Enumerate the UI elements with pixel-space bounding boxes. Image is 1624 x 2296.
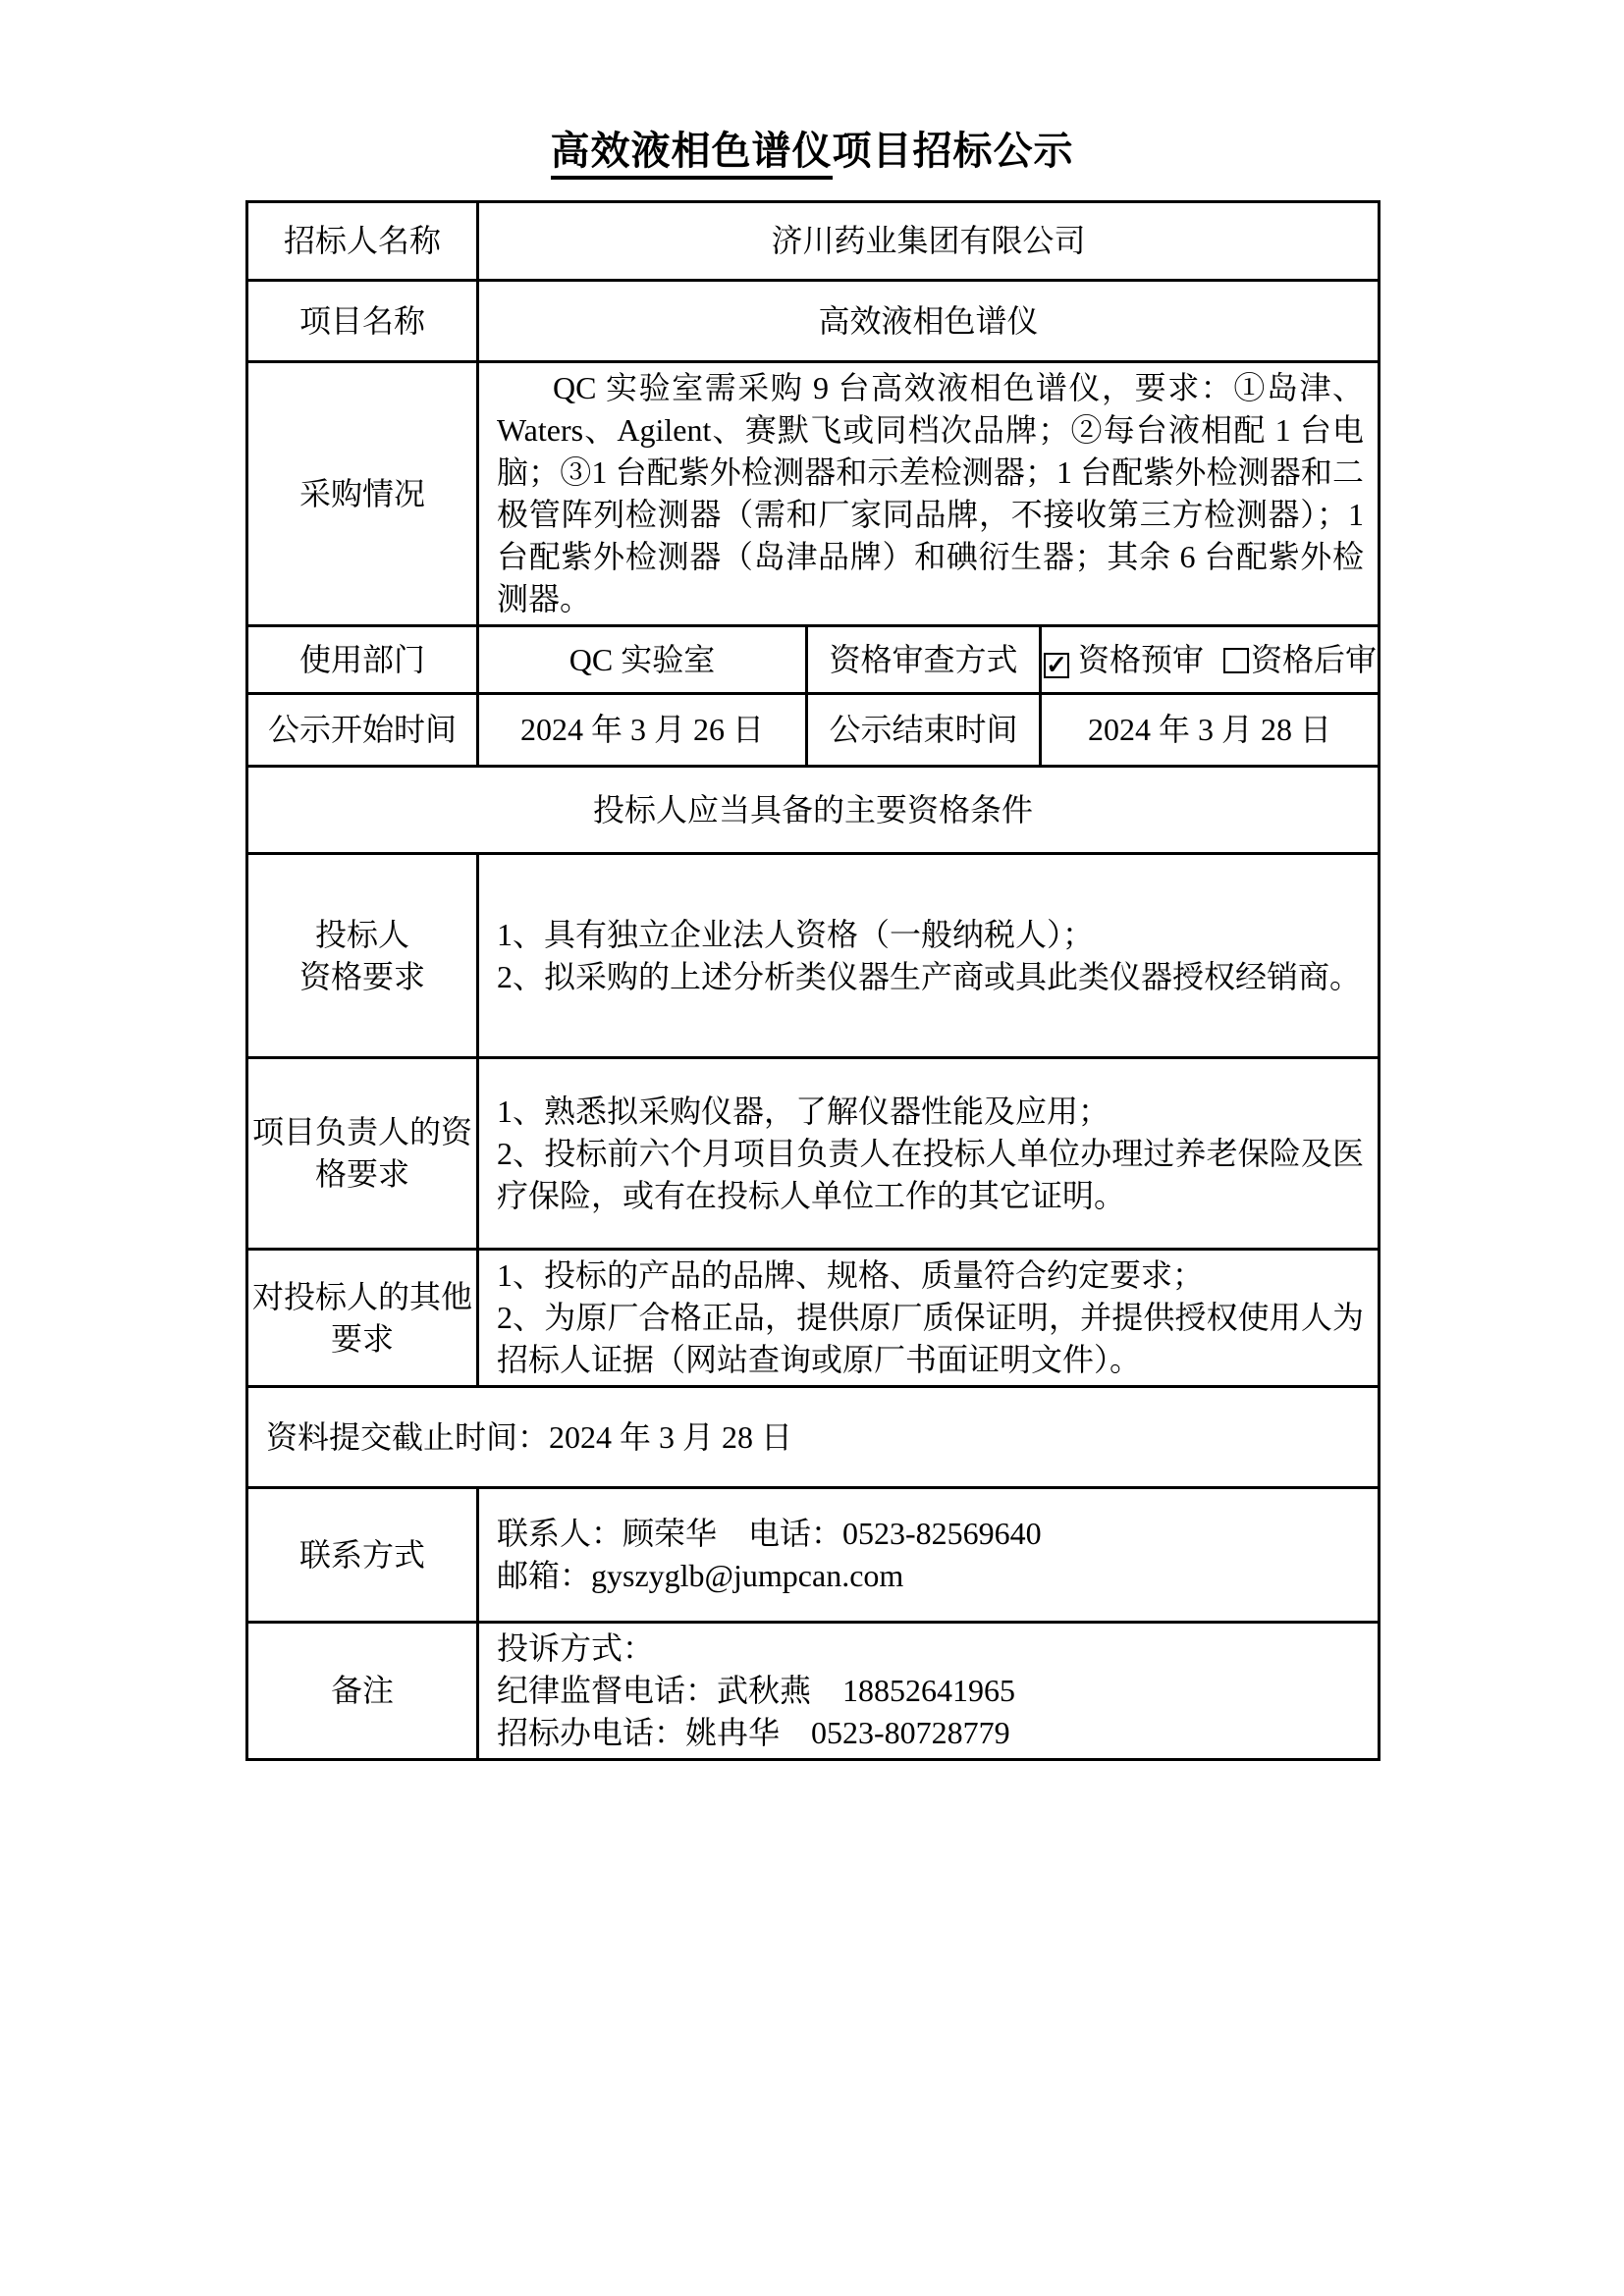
review-mode-label: 资格审查方式 (807, 626, 1041, 694)
submission-deadline: 资料提交截止时间：2024 年 3 月 28 日 (247, 1387, 1380, 1488)
table-row: 备注 投诉方式： 纪律监督电话：武秋燕 18852641965 招标办电话：姚冉… (247, 1623, 1380, 1760)
contact-line: 联系人：顾荣华 电话：0523-82569640 (497, 1513, 1364, 1555)
table-row: 招标人名称 济川药业集团有限公司 (247, 202, 1380, 281)
requirement-item: 2、为原厂合格正品，提供原厂质保证明，并提供授权使用人为招标人证据（网站查询或原… (497, 1297, 1364, 1381)
requirement-item: 2、拟采购的上述分析类仪器生产商或具此类仪器授权经销商。 (497, 956, 1364, 998)
requirement-item: 1、具有独立企业法人资格（一般纳税人）； (497, 914, 1364, 956)
table-row: 对投标人的其他 要求 1、投标的产品的品牌、规格、质量符合约定要求； 2、为原厂… (247, 1250, 1380, 1387)
bidder-name-value: 济川药业集团有限公司 (478, 202, 1380, 281)
contact-line: 邮箱：gyszyglb@jumpcan.com (497, 1555, 1364, 1597)
table-row: 项目负责人的资 格要求 1、熟悉拟采购仪器，了解仪器性能及应用； 2、投标前六个… (247, 1058, 1380, 1250)
table-row: 联系方式 联系人：顾荣华 电话：0523-82569640 邮箱：gyszygl… (247, 1488, 1380, 1623)
publicity-end-value: 2024 年 3 月 28 日 (1041, 694, 1380, 767)
page: 高效液相色谱仪项目招标公示 招标人名称 济川药业集团有限公司 项目名称 高效液相… (0, 0, 1624, 2296)
page-title-underlined-part: 高效液相色谱仪 (551, 129, 833, 180)
other-requirements-items: 1、投标的产品的品牌、规格、质量符合约定要求； 2、为原厂合格正品，提供原厂质保… (478, 1250, 1380, 1387)
bidder-name-label: 招标人名称 (247, 202, 478, 281)
procurement-label: 采购情况 (247, 362, 478, 626)
using-department-value: QC 实验室 (478, 626, 807, 694)
requirement-item: 1、投标的产品的品牌、规格、质量符合约定要求； (497, 1255, 1364, 1297)
page-title-rest-part: 项目招标公示 (833, 129, 1074, 173)
contact-label: 联系方式 (247, 1488, 478, 1623)
checked-checkbox-icon (1044, 653, 1069, 678)
publicity-start-value: 2024 年 3 月 26 日 (478, 694, 807, 767)
requirement-item: 2、投标前六个月项目负责人在投标人单位办理过养老保险及医疗保险，或有在投标人单位… (497, 1133, 1364, 1217)
remarks-line: 招标办电话：姚冉华 0523-80728779 (497, 1712, 1364, 1754)
table-row: 投标人应当具备的主要资格条件 (247, 767, 1380, 854)
remarks-line: 纪律监督电话：武秋燕 18852641965 (497, 1670, 1364, 1712)
using-department-label: 使用部门 (247, 626, 478, 694)
remarks-info: 投诉方式： 纪律监督电话：武秋燕 18852641965 招标办电话：姚冉华 0… (478, 1623, 1380, 1760)
remarks-line: 投诉方式： (497, 1628, 1364, 1670)
contact-info: 联系人：顾荣华 电话：0523-82569640 邮箱：gyszyglb@jum… (478, 1488, 1380, 1623)
postqualification-option: 资格后审 (1223, 642, 1377, 677)
table-row: 采购情况 QC 实验室需采购 9 台高效液相色谱仪，要求：①岛津、Waters、… (247, 362, 1380, 626)
prequalification-label: 资格预审 (1078, 642, 1204, 677)
review-mode-value: 资格预审资格后审 (1041, 626, 1380, 694)
page-title: 高效液相色谱仪项目招标公示 (0, 0, 1624, 177)
project-name-value: 高效液相色谱仪 (478, 281, 1380, 362)
manager-qualification-label: 项目负责人的资 格要求 (247, 1058, 478, 1250)
announcement-table: 招标人名称 济川药业集团有限公司 项目名称 高效液相色谱仪 采购情况 QC 实验… (245, 200, 1380, 1761)
bidder-qualification-label: 投标人 资格要求 (247, 854, 478, 1058)
table-row: 项目名称 高效液相色谱仪 (247, 281, 1380, 362)
table-row: 资料提交截止时间：2024 年 3 月 28 日 (247, 1387, 1380, 1488)
table-row: 公示开始时间 2024 年 3 月 26 日 公示结束时间 2024 年 3 月… (247, 694, 1380, 767)
other-requirements-label: 对投标人的其他 要求 (247, 1250, 478, 1387)
bidder-qualification-items: 1、具有独立企业法人资格（一般纳税人）； 2、拟采购的上述分析类仪器生产商或具此… (478, 854, 1380, 1058)
procurement-details: QC 实验室需采购 9 台高效液相色谱仪，要求：①岛津、Waters、Agile… (478, 362, 1380, 626)
publicity-end-label: 公示结束时间 (807, 694, 1041, 767)
publicity-start-label: 公示开始时间 (247, 694, 478, 767)
prequalification-option: 资格预审 (1044, 642, 1204, 677)
table-row: 投标人 资格要求 1、具有独立企业法人资格（一般纳税人）； 2、拟采购的上述分析… (247, 854, 1380, 1058)
postqualification-label: 资格后审 (1251, 642, 1377, 677)
unchecked-checkbox-icon (1223, 648, 1249, 673)
requirement-item: 1、熟悉拟采购仪器，了解仪器性能及应用； (497, 1091, 1364, 1133)
remarks-label: 备注 (247, 1623, 478, 1760)
qualification-conditions-header: 投标人应当具备的主要资格条件 (247, 767, 1380, 854)
table-row: 使用部门 QC 实验室 资格审查方式 资格预审资格后审 (247, 626, 1380, 694)
project-name-label: 项目名称 (247, 281, 478, 362)
manager-qualification-items: 1、熟悉拟采购仪器，了解仪器性能及应用； 2、投标前六个月项目负责人在投标人单位… (478, 1058, 1380, 1250)
